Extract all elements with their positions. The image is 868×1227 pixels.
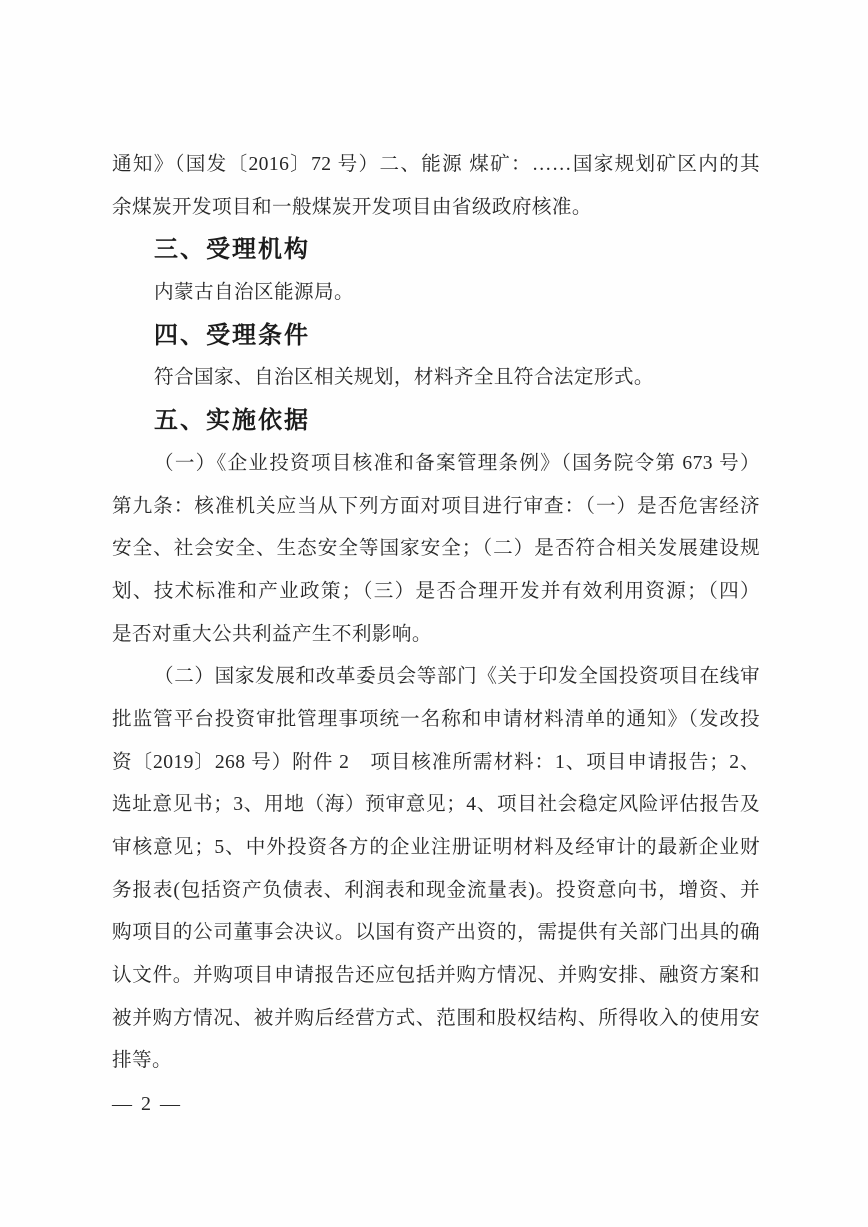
- text-line: 购项目的公司董事会决议。以国有资产出资的，需提供有关部门出具的确: [112, 912, 760, 955]
- document-text-block: 通知》（国发〔2016〕72 号）二、能源 煤矿：……国家规划矿区内的其余煤炭开…: [112, 144, 760, 1083]
- text-line: 安全、社会安全、生态安全等国家安全；（二）是否符合相关发展建设规: [112, 528, 760, 571]
- text-line: 排等。: [112, 1040, 760, 1083]
- text-line: （一）《企业投资项目核准和备案管理条例》（国务院令第 673 号）: [112, 443, 760, 486]
- text-line: 第九条：核准机关应当从下列方面对项目进行审查：（一）是否危害经济: [112, 486, 760, 529]
- text-line: 资〔2019〕268 号）附件 2 项目核准所需材料：1、项目申请报告；2、: [112, 742, 760, 785]
- text-line: 符合国家、自治区相关规划，材料齐全且符合法定形式。: [112, 357, 760, 400]
- text-line: 划、技术标准和产业政策；（三）是否合理开发并有效利用资源；（四）: [112, 571, 760, 614]
- text-line: 内蒙古自治区能源局。: [112, 272, 760, 315]
- section-heading: 三、受理机构: [112, 229, 760, 272]
- text-line: 审核意见；5、中外投资各方的企业注册证明材料及经审计的最新企业财: [112, 827, 760, 870]
- footer-page-number: — 2 —: [112, 1083, 182, 1126]
- section-heading: 五、实施依据: [112, 400, 760, 443]
- text-line: （二）国家发展和改革委员会等部门《关于印发全国投资项目在线审: [112, 656, 760, 699]
- text-line: 被并购方情况、被并购后经营方式、范围和股权结构、所得收入的使用安: [112, 998, 760, 1041]
- document-page: 通知》（国发〔2016〕72 号）二、能源 煤矿：……国家规划矿区内的其余煤炭开…: [0, 0, 868, 1227]
- text-line: 选址意见书；3、用地（海）预审意见；4、项目社会稳定风险评估报告及: [112, 784, 760, 827]
- text-line: 批监管平台投资审批管理事项统一名称和申请材料清单的通知》（发改投: [112, 699, 760, 742]
- text-line: 余煤炭开发项目和一般煤炭开发项目由省级政府核准。: [112, 187, 760, 230]
- text-line: 务报表(包括资产负债表、利润表和现金流量表)。投资意向书，增资、并: [112, 870, 760, 913]
- text-line: 是否对重大公共利益产生不利影响。: [112, 614, 760, 657]
- text-line: 通知》（国发〔2016〕72 号）二、能源 煤矿：……国家规划矿区内的其: [112, 144, 760, 187]
- section-heading: 四、受理条件: [112, 315, 760, 358]
- text-line: 认文件。并购项目申请报告还应包括并购方情况、并购安排、融资方案和: [112, 955, 760, 998]
